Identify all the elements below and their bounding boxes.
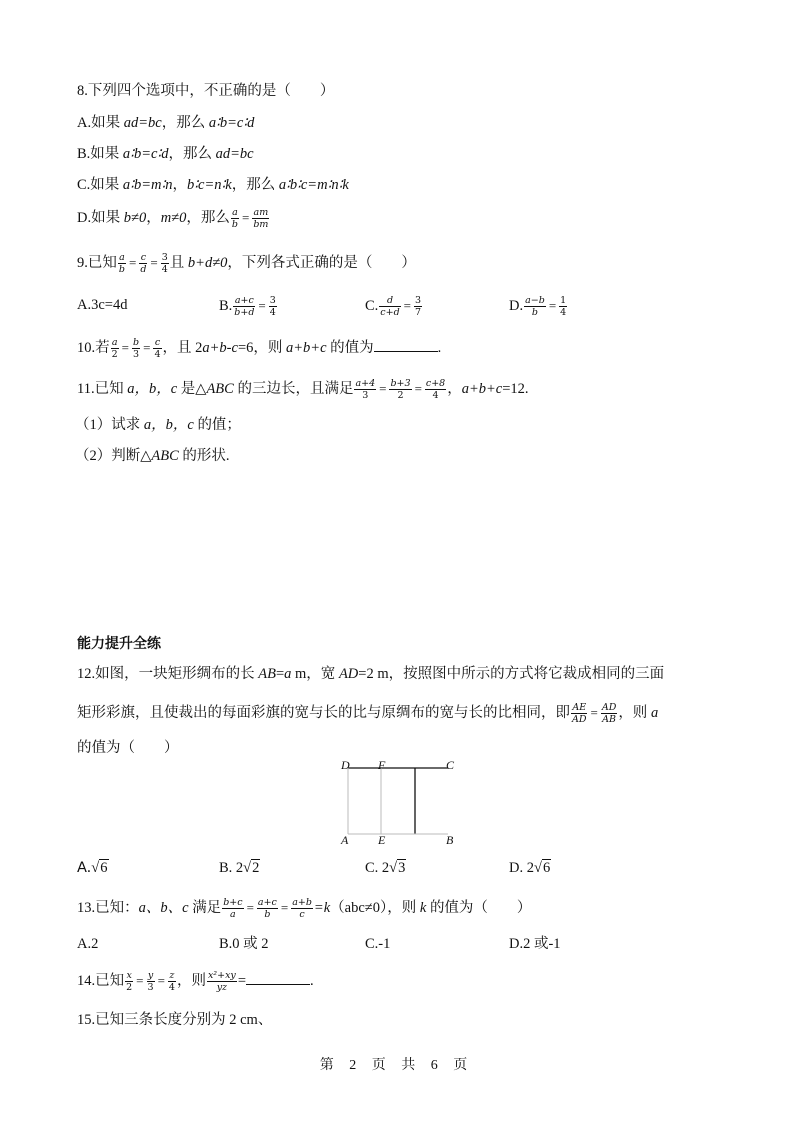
q13-stem: 13.已知：a、b、c 满足b+ca=a+cb=a+bc=k（abc≠0），则 … (77, 897, 531, 920)
answer-blank[interactable] (374, 337, 438, 352)
q12-option-a: A.√6 (77, 858, 109, 878)
q8-option-a: A.如果 ad=bc，那么 a∶b=c∶d (77, 113, 254, 133)
q8-stem: 8.下列四个选项中，不正确的是（ ） (77, 81, 334, 101)
q12-option-c: C. 2√3 (365, 858, 406, 878)
q9-option-b: B.a+cb+d=34 (219, 295, 278, 318)
label-d: D (341, 758, 350, 773)
q9-option-a: A.3c=4d (77, 295, 127, 315)
rectangle-figure: D F C A E B (336, 757, 461, 849)
q13-option-d: D.2 或-1 (509, 934, 561, 954)
q8-option-b: B.如果 a∶b=c∶d，那么 ad=bc (77, 144, 254, 164)
q9-option-d: D.a−bb=14 (509, 295, 568, 318)
q12-line2: 矩形彩旗，且使裁出的每面彩旗的宽与长的比与原绸布的宽与长的比相同，即AEAD=A… (77, 702, 658, 725)
q9-option-c: C.dc+d=37 (365, 295, 423, 318)
q12-option-b: B. 2√2 (219, 858, 260, 878)
q11-sub1: （1）试求 a，b，c 的值； (75, 415, 241, 435)
q12-option-d: D. 2√6 (509, 858, 551, 878)
q12-line3: 的值为（ ） (77, 738, 179, 758)
q9-stem: 9.已知ab=cd=34且 b+d≠0，下列各式正确的是（ ） (77, 252, 416, 275)
label-a: A (341, 833, 348, 848)
q13-option-b: B.0 或 2 (219, 934, 269, 954)
label-e: E (378, 833, 385, 848)
q15-stem: 15.已知三条长度分别为 2 cm、 (77, 1010, 272, 1030)
rectangle-diagram (336, 757, 461, 849)
q13-option-c: C.-1 (365, 934, 390, 954)
q11-stem: 11.已知 a，b，c 是△ABC 的三边长，且满足a+43=b+32=c+84… (77, 378, 529, 401)
fraction: ab (231, 207, 239, 230)
q11-sub2: （2）判断△ABC 的形状. (75, 446, 230, 466)
q12-line1: 12.如图，一块矩形绸布的长 AB=a m，宽 AD=2 m，按照图中所示的方式… (77, 664, 664, 684)
page-footer: 第 2 页 共 6 页 (0, 1054, 793, 1074)
q10-stem: 10.若a2=b3=c4，且 2a+b-c=6，则 a+b+c 的值为. (77, 337, 441, 360)
section-title: 能力提升全练 (77, 633, 161, 653)
answer-blank[interactable] (246, 970, 310, 985)
q13-option-a: A.2 (77, 934, 98, 954)
q8-option-d: D.如果 b≠0，m≠0，那么ab=ambm (77, 207, 270, 230)
fraction: ambm (252, 207, 269, 230)
label-f: F (378, 758, 385, 773)
q8-option-c: C.如果 a∶b=m∶n，b∶c=n∶k，那么 a∶b∶c=m∶n∶k (77, 175, 349, 195)
label-c: C (446, 758, 454, 773)
q14-stem: 14.已知x2=y3=z4，则x²+xyyz=. (77, 970, 314, 993)
label-b: B (446, 833, 453, 848)
